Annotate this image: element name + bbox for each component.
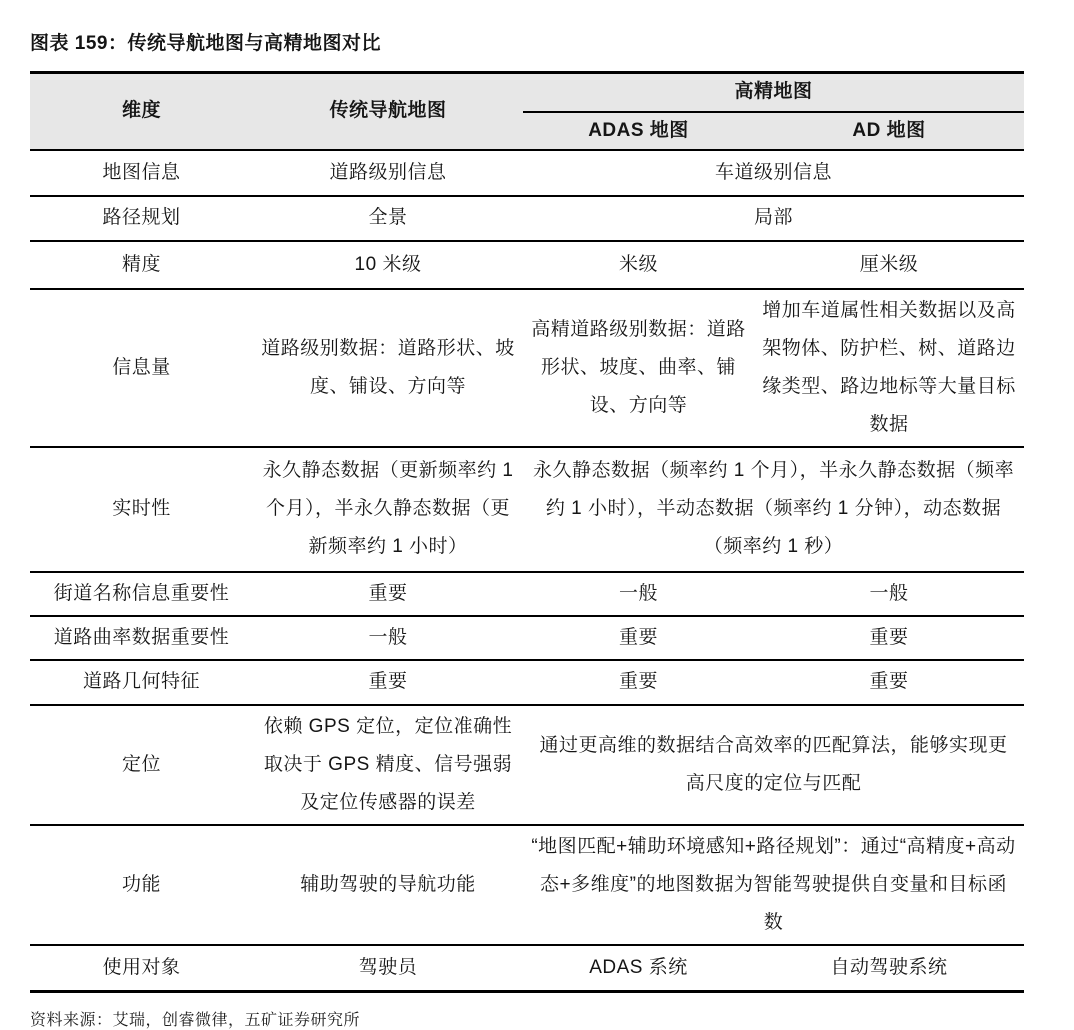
cell-traditional: 重要 [253,572,523,616]
cell-hd-merged: 局部 [523,196,1024,241]
cell-hd-merged: 车道级别信息 [523,150,1024,196]
cell-ad: 重要 [754,660,1024,705]
cell-hd-merged: 通过更高维的数据结合高效率的匹配算法，能够实现更高尺度的定位与匹配 [523,705,1024,825]
cell-traditional: 一般 [253,616,523,660]
row-label: 精度 [30,241,253,289]
table-row-map-info: 地图信息 道路级别信息 车道级别信息 [30,150,1024,196]
row-label: 道路曲率数据重要性 [30,616,253,660]
table-row-target-user: 使用对象 驾驶员 ADAS 系统 自动驾驶系统 [30,945,1024,992]
row-label: 实时性 [30,447,253,572]
comparison-table: 维度 传统导航地图 高精地图 ADAS 地图 AD 地图 地图信息 道路级别信息… [30,71,1024,993]
col-header-adas-map: ADAS 地图 [523,112,754,150]
cell-adas: 米级 [523,241,754,289]
table-row-positioning: 定位 依赖 GPS 定位，定位准确性取决于 GPS 精度、信号强弱及定位传感器的… [30,705,1024,825]
row-label: 路径规划 [30,196,253,241]
source-note: 资料来源：艾瑞，创睿微律，五矿证券研究所 [30,1007,1024,1030]
cell-traditional: 全景 [253,196,523,241]
cell-hd-merged: “地图匹配+辅助环境感知+路径规划”：通过“高精度+高动态+多维度”的地图数据为… [523,825,1024,945]
header-row-top: 维度 传统导航地图 高精地图 [30,73,1024,112]
row-label: 街道名称信息重要性 [30,572,253,616]
cell-hd-merged: 永久静态数据（频率约 1 个月），半永久静态数据（频率约 1 小时），半动态数据… [523,447,1024,572]
col-header-dimension: 维度 [30,73,253,150]
cell-traditional: 道路级别信息 [253,150,523,196]
cell-ad: 一般 [754,572,1024,616]
cell-ad: 自动驾驶系统 [754,945,1024,992]
figure-title: 图表 159：传统导航地图与高精地图对比 [30,28,1024,55]
cell-traditional: 驾驶员 [253,945,523,992]
table-row-information-volume: 信息量 道路级别数据：道路形状、坡度、铺设、方向等 高精道路级别数据：道路形状、… [30,289,1024,447]
table-row-route-planning: 路径规划 全景 局部 [30,196,1024,241]
col-header-traditional-map: 传统导航地图 [253,73,523,150]
row-label: 道路几何特征 [30,660,253,705]
cell-adas: ADAS 系统 [523,945,754,992]
row-label: 使用对象 [30,945,253,992]
cell-traditional: 10 米级 [253,241,523,289]
row-label: 信息量 [30,289,253,447]
cell-adas: 高精道路级别数据：道路形状、坡度、曲率、铺设、方向等 [523,289,754,447]
cell-traditional: 永久静态数据（更新频率约 1 个月），半永久静态数据（更新频率约 1 小时） [253,447,523,572]
row-label: 功能 [30,825,253,945]
table-row-road-geometry: 道路几何特征 重要 重要 重要 [30,660,1024,705]
table-row-real-time: 实时性 永久静态数据（更新频率约 1 个月），半永久静态数据（更新频率约 1 小… [30,447,1024,572]
row-label: 地图信息 [30,150,253,196]
table-row-function: 功能 辅助驾驶的导航功能 “地图匹配+辅助环境感知+路径规划”：通过“高精度+高… [30,825,1024,945]
table-header: 维度 传统导航地图 高精地图 ADAS 地图 AD 地图 [30,73,1024,150]
cell-traditional: 依赖 GPS 定位，定位准确性取决于 GPS 精度、信号强弱及定位传感器的误差 [253,705,523,825]
cell-adas: 重要 [523,660,754,705]
cell-traditional: 辅助驾驶的导航功能 [253,825,523,945]
cell-ad: 厘米级 [754,241,1024,289]
table-row-curvature-importance: 道路曲率数据重要性 一般 重要 重要 [30,616,1024,660]
row-label: 定位 [30,705,253,825]
cell-ad: 增加车道属性相关数据以及高架物体、防护栏、树、道路边缘类型、路边地标等大量目标数… [754,289,1024,447]
cell-traditional: 重要 [253,660,523,705]
cell-ad: 重要 [754,616,1024,660]
table-row-street-name-importance: 街道名称信息重要性 重要 一般 一般 [30,572,1024,616]
report-page: 图表 159：传统导航地图与高精地图对比 维度 传统导航地图 高精地图 ADAS… [0,0,1074,1002]
cell-traditional: 道路级别数据：道路形状、坡度、铺设、方向等 [253,289,523,447]
cell-adas: 重要 [523,616,754,660]
col-header-ad-map: AD 地图 [754,112,1024,150]
col-header-hd-map-group: 高精地图 [523,73,1024,112]
table-row-precision: 精度 10 米级 米级 厘米级 [30,241,1024,289]
cell-adas: 一般 [523,572,754,616]
